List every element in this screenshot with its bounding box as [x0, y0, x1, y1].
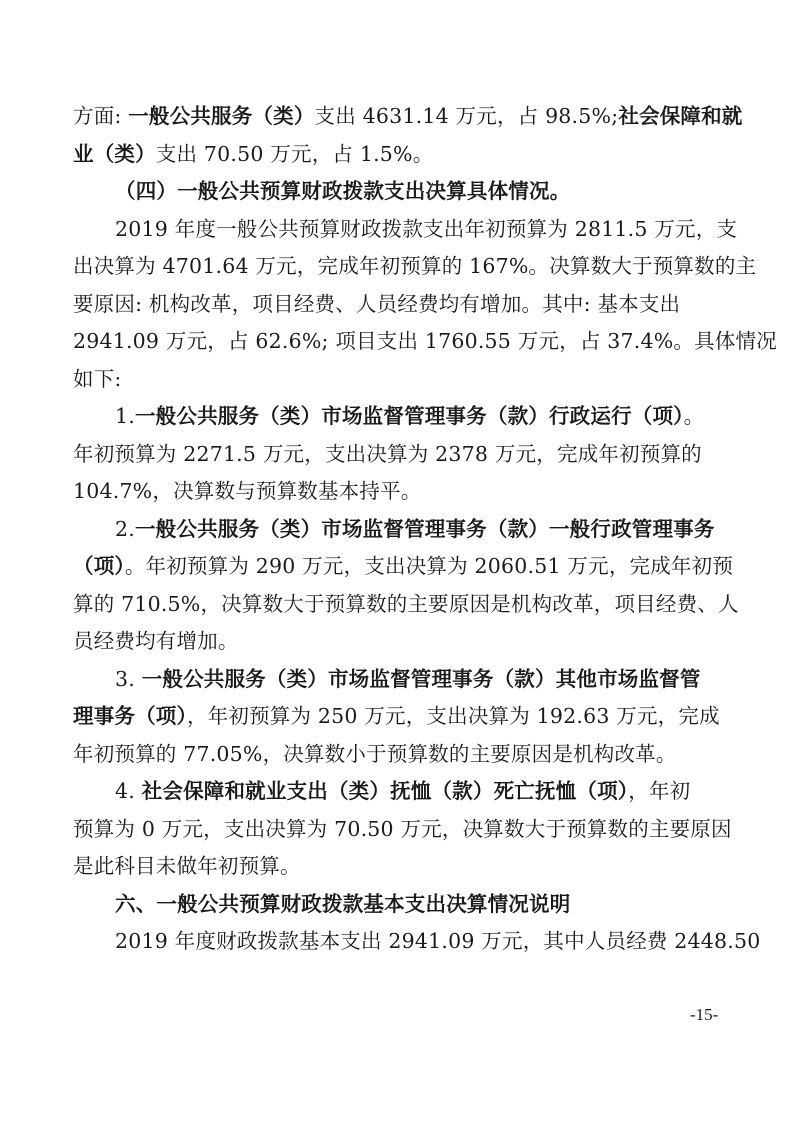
text-line: 3. 一般公共服务（类）市场监督管理事务（款）其他市场监督管 [73, 661, 725, 699]
text-span: 员经费均有增加。 [73, 629, 239, 653]
bold-text: 六、一般公共预算财政拨款基本支出决算情况说明 [115, 892, 570, 916]
bold-text: （四）一般公共预算财政拨款支出决算具体情况。 [115, 179, 570, 203]
text-line: 方面: 一般公共服务（类）支出 4631.14 万元，占 98.5%;社会保障和… [73, 98, 725, 136]
text-span: 2019 年度一般公共预算财政拨款支出年初预算为 2811.5 万元，支 [115, 217, 737, 241]
bold-text: 社会保障和就业支出（类）抚恤（款）死亡抚恤（项） [142, 779, 629, 803]
page-number: -15- [690, 1005, 718, 1025]
text-span: 支出 70.50 万元，占 1.5%。 [156, 142, 434, 166]
bold-text: 一般公共服务（类）市场监督管理事务（款）其他市场监督管 [142, 667, 701, 691]
text-span: 要原因: 机构改革，项目经费、人员经费均有增加。其中: 基本支出 [73, 292, 680, 316]
text-line: 业（类）支出 70.50 万元，占 1.5%。 [73, 136, 725, 174]
text-span: 2941.09 万元，占 62.6%; 项目支出 1760.55 万元，占 37… [73, 329, 777, 353]
text-span: 如下: [73, 367, 122, 391]
text-span: 3. [115, 667, 142, 691]
text-line: 2019 年度财政拨款基本支出 2941.09 万元，其中人员经费 2448.5… [73, 923, 725, 961]
text-span: 2019 年度财政拨款基本支出 2941.09 万元，其中人员经费 2448.5… [115, 929, 760, 953]
text-span: 104.7%，决算数与预算数基本持平。 [73, 479, 421, 503]
text-span: 。年初预算为 290 万元，支出决算为 2060.51 万元，完成年初预 [125, 554, 733, 578]
text-line: 如下: [73, 361, 725, 399]
text-span: 2. [115, 517, 135, 541]
text-line: 2941.09 万元，占 62.6%; 项目支出 1760.55 万元，占 37… [73, 323, 725, 361]
text-span: 1. [115, 404, 135, 428]
text-span: 支出 4631.14 万元，占 98.5%; [315, 104, 619, 128]
bold-text: 社会保障和就 [618, 104, 742, 128]
document-page: 方面: 一般公共服务（类）支出 4631.14 万元，占 98.5%;社会保障和… [73, 98, 725, 961]
bold-text: 一般公共服务（类）市场监督管理事务（款）行政运行（项） [135, 404, 684, 428]
text-line: （四）一般公共预算财政拨款支出决算具体情况。 [73, 173, 725, 211]
text-span: 出决算为 4701.64 万元，完成年初预算的 167%。决算数大于预算数的主 [73, 254, 756, 278]
text-line: 预算为 0 万元，支出决算为 70.50 万元，决算数大于预算数的主要原因 [73, 811, 725, 849]
text-line: 理事务（项），年初预算为 250 万元，支出决算为 192.63 万元，完成 [73, 698, 725, 736]
text-line: 年初预算为 2271.5 万元，支出决算为 2378 万元，完成年初预算的 [73, 436, 725, 474]
text-span: 算的 710.5%，决算数大于预算数的主要原因是机构改革，项目经费、人 [73, 592, 739, 616]
bold-text: （项） [73, 554, 125, 578]
text-span: ，年初 [628, 779, 690, 803]
text-line: 2.一般公共服务（类）市场监督管理事务（款）一般行政管理事务 [73, 511, 725, 549]
text-line: 1.一般公共服务（类）市场监督管理事务（款）行政运行（项）。 [73, 398, 725, 436]
text-line: 4. 社会保障和就业支出（类）抚恤（款）死亡抚恤（项），年初 [73, 773, 725, 811]
text-line: 员经费均有增加。 [73, 623, 725, 661]
text-span: 4. [115, 779, 142, 803]
text-line: 年初预算的 77.05%，决算数小于预算数的主要原因是机构改革。 [73, 736, 725, 774]
text-line: 104.7%，决算数与预算数基本持平。 [73, 473, 725, 511]
text-line: 要原因: 机构改革，项目经费、人员经费均有增加。其中: 基本支出 [73, 286, 725, 324]
text-line: 出决算为 4701.64 万元，完成年初预算的 167%。决算数大于预算数的主 [73, 248, 725, 286]
bold-text: 一般公共服务（类）市场监督管理事务（款）一般行政管理事务 [135, 517, 715, 541]
bold-text: 理事务（项） [73, 704, 187, 728]
text-span: 年初预算的 77.05%，决算数小于预算数的主要原因是机构改革。 [73, 742, 677, 766]
bold-text: 一般公共服务（类） [128, 104, 314, 128]
text-span: 预算为 0 万元，支出决算为 70.50 万元，决算数大于预算数的主要原因 [73, 817, 732, 841]
text-line: 算的 710.5%，决算数大于预算数的主要原因是机构改革，项目经费、人 [73, 586, 725, 624]
text-span: 年初预算为 2271.5 万元，支出决算为 2378 万元，完成年初预算的 [73, 442, 702, 466]
text-span: ，年初预算为 250 万元，支出决算为 192.63 万元，完成 [187, 704, 720, 728]
text-line: （项）。年初预算为 290 万元，支出决算为 2060.51 万元，完成年初预 [73, 548, 725, 586]
text-span: 是此科目未做年初预算。 [73, 854, 301, 878]
text-span: 。 [684, 404, 705, 428]
text-span: 方面: [73, 104, 128, 128]
text-line: 2019 年度一般公共预算财政拨款支出年初预算为 2811.5 万元，支 [73, 211, 725, 249]
text-line: 六、一般公共预算财政拨款基本支出决算情况说明 [73, 886, 725, 924]
bold-text: 业（类） [73, 142, 156, 166]
text-line: 是此科目未做年初预算。 [73, 848, 725, 886]
